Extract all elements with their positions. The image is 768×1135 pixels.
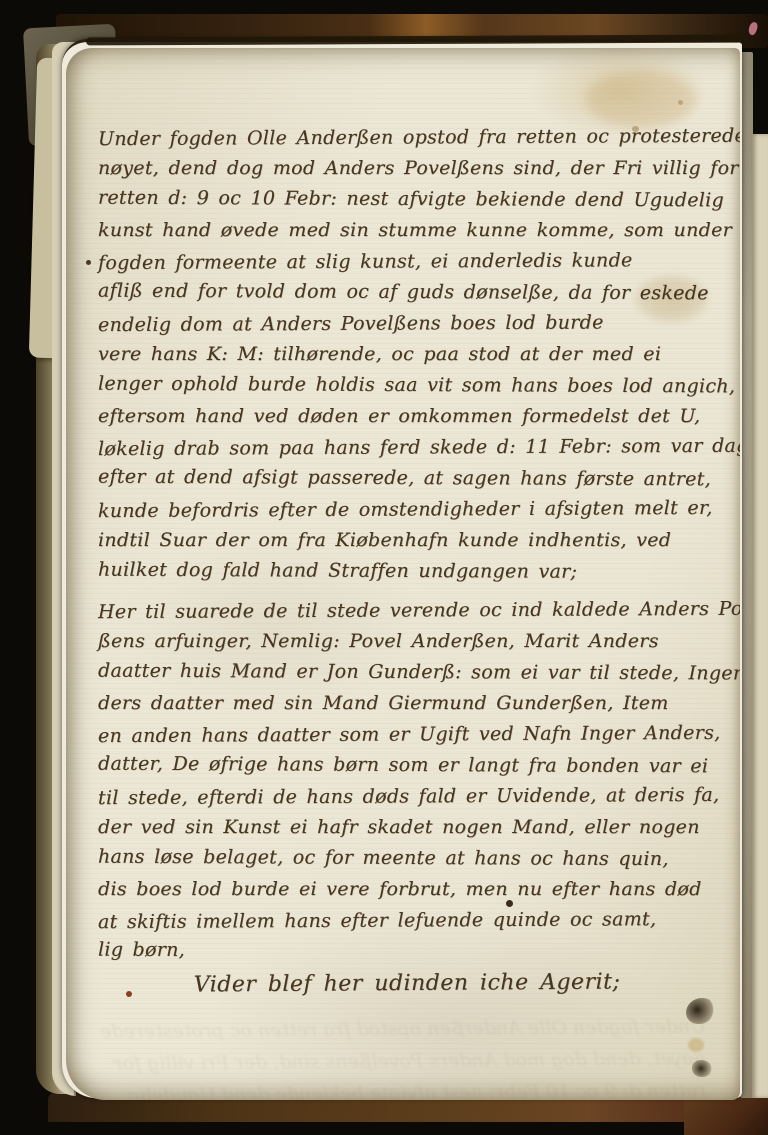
manuscript-line: lenger ophold burde holdis saa vit som h… — [98, 369, 716, 403]
manuscript-page: Under fogden Olle Anderßen opstod fra re… — [66, 48, 740, 1100]
manuscript-line: Her til suarede de til stede verende oc … — [98, 594, 716, 628]
manuscript-line: retten d: 9 oc 10 Febr: nest afvigte bek… — [98, 183, 716, 217]
paragraph-1: Under fogden Olle Anderßen opstod fra re… — [98, 122, 716, 587]
handwritten-text-block: Under fogden Olle Anderßen opstod fra re… — [98, 122, 716, 1062]
scanned-manuscript-photo: Under fogden Olle Anderßen opstod fra re… — [0, 0, 768, 1135]
manuscript-line: endelig dom at Anders Povelßens boes lod… — [98, 307, 716, 341]
margin-speck — [86, 260, 91, 265]
manuscript-line: vere hans K: M: tilhørende, oc paa stod … — [98, 339, 716, 370]
manuscript-line: huilket dog fald hand Straffen undgangen… — [98, 555, 716, 589]
paper-stain — [586, 70, 696, 128]
manuscript-line: ders daatter med sin Mand Giermund Gunde… — [98, 688, 716, 719]
bleedthrough-text: retten d: 9 oc 10 Febr: nest afvigte bek… — [106, 1075, 706, 1100]
manuscript-line: indtil Suar der om fra Kiøbenhafn kunde … — [98, 525, 716, 556]
manuscript-line: dis boes lod burde ei vere forbrut, men … — [98, 874, 716, 905]
manuscript-line: til stede, efterdi de hans døds fald er … — [98, 780, 716, 814]
manuscript-line: løkelig drab som paa hans ferd skede d: … — [98, 431, 716, 465]
manuscript-line: der ved sin Kunst ei hafr skadet nogen M… — [98, 812, 716, 843]
manuscript-line: en anden hans daatter som er Ugift ved N… — [98, 718, 716, 752]
paper-speck — [678, 100, 683, 105]
closing-line: Vider blef her udinden iche Agerit; — [98, 965, 716, 1003]
manuscript-line: at skiftis imellem hans efter lefuende q… — [98, 904, 716, 938]
manuscript-line: efter at dend afsigt passerede, at sagen… — [98, 462, 716, 496]
manuscript-line: ßens arfuinger, Nemlig: Povel Anderßen, … — [98, 626, 716, 657]
manuscript-line: eftersom hand ved døden er omkommen form… — [98, 401, 716, 432]
manuscript-line: Under fogden Olle Anderßen opstod fra re… — [98, 121, 716, 155]
paragraph-2: Her til suarede de til stede verende oc … — [98, 595, 716, 967]
manuscript-line: nøyet, dend dog mod Anders Povelßens sin… — [98, 153, 716, 184]
manuscript-line: afliß end for tvold dom oc af guds dønse… — [98, 276, 716, 310]
manuscript-line: fogden formeente at slig kunst, ei ander… — [98, 245, 716, 279]
manuscript-line: lig børn, — [98, 935, 716, 969]
outer-page-edge — [752, 134, 768, 1098]
manuscript-line: hans løse belaget, oc for meente at hans… — [98, 842, 716, 876]
manuscript-line: kunst hand øvede med sin stumme kunne ko… — [98, 215, 716, 246]
manuscript-line: kunde befordris efter de omstendigheder … — [98, 493, 716, 527]
manuscript-line: datter, De øfrige hans børn som er langt… — [98, 749, 716, 783]
manuscript-line: daatter huis Mand er Jon Gunderß: som ei… — [98, 656, 716, 690]
